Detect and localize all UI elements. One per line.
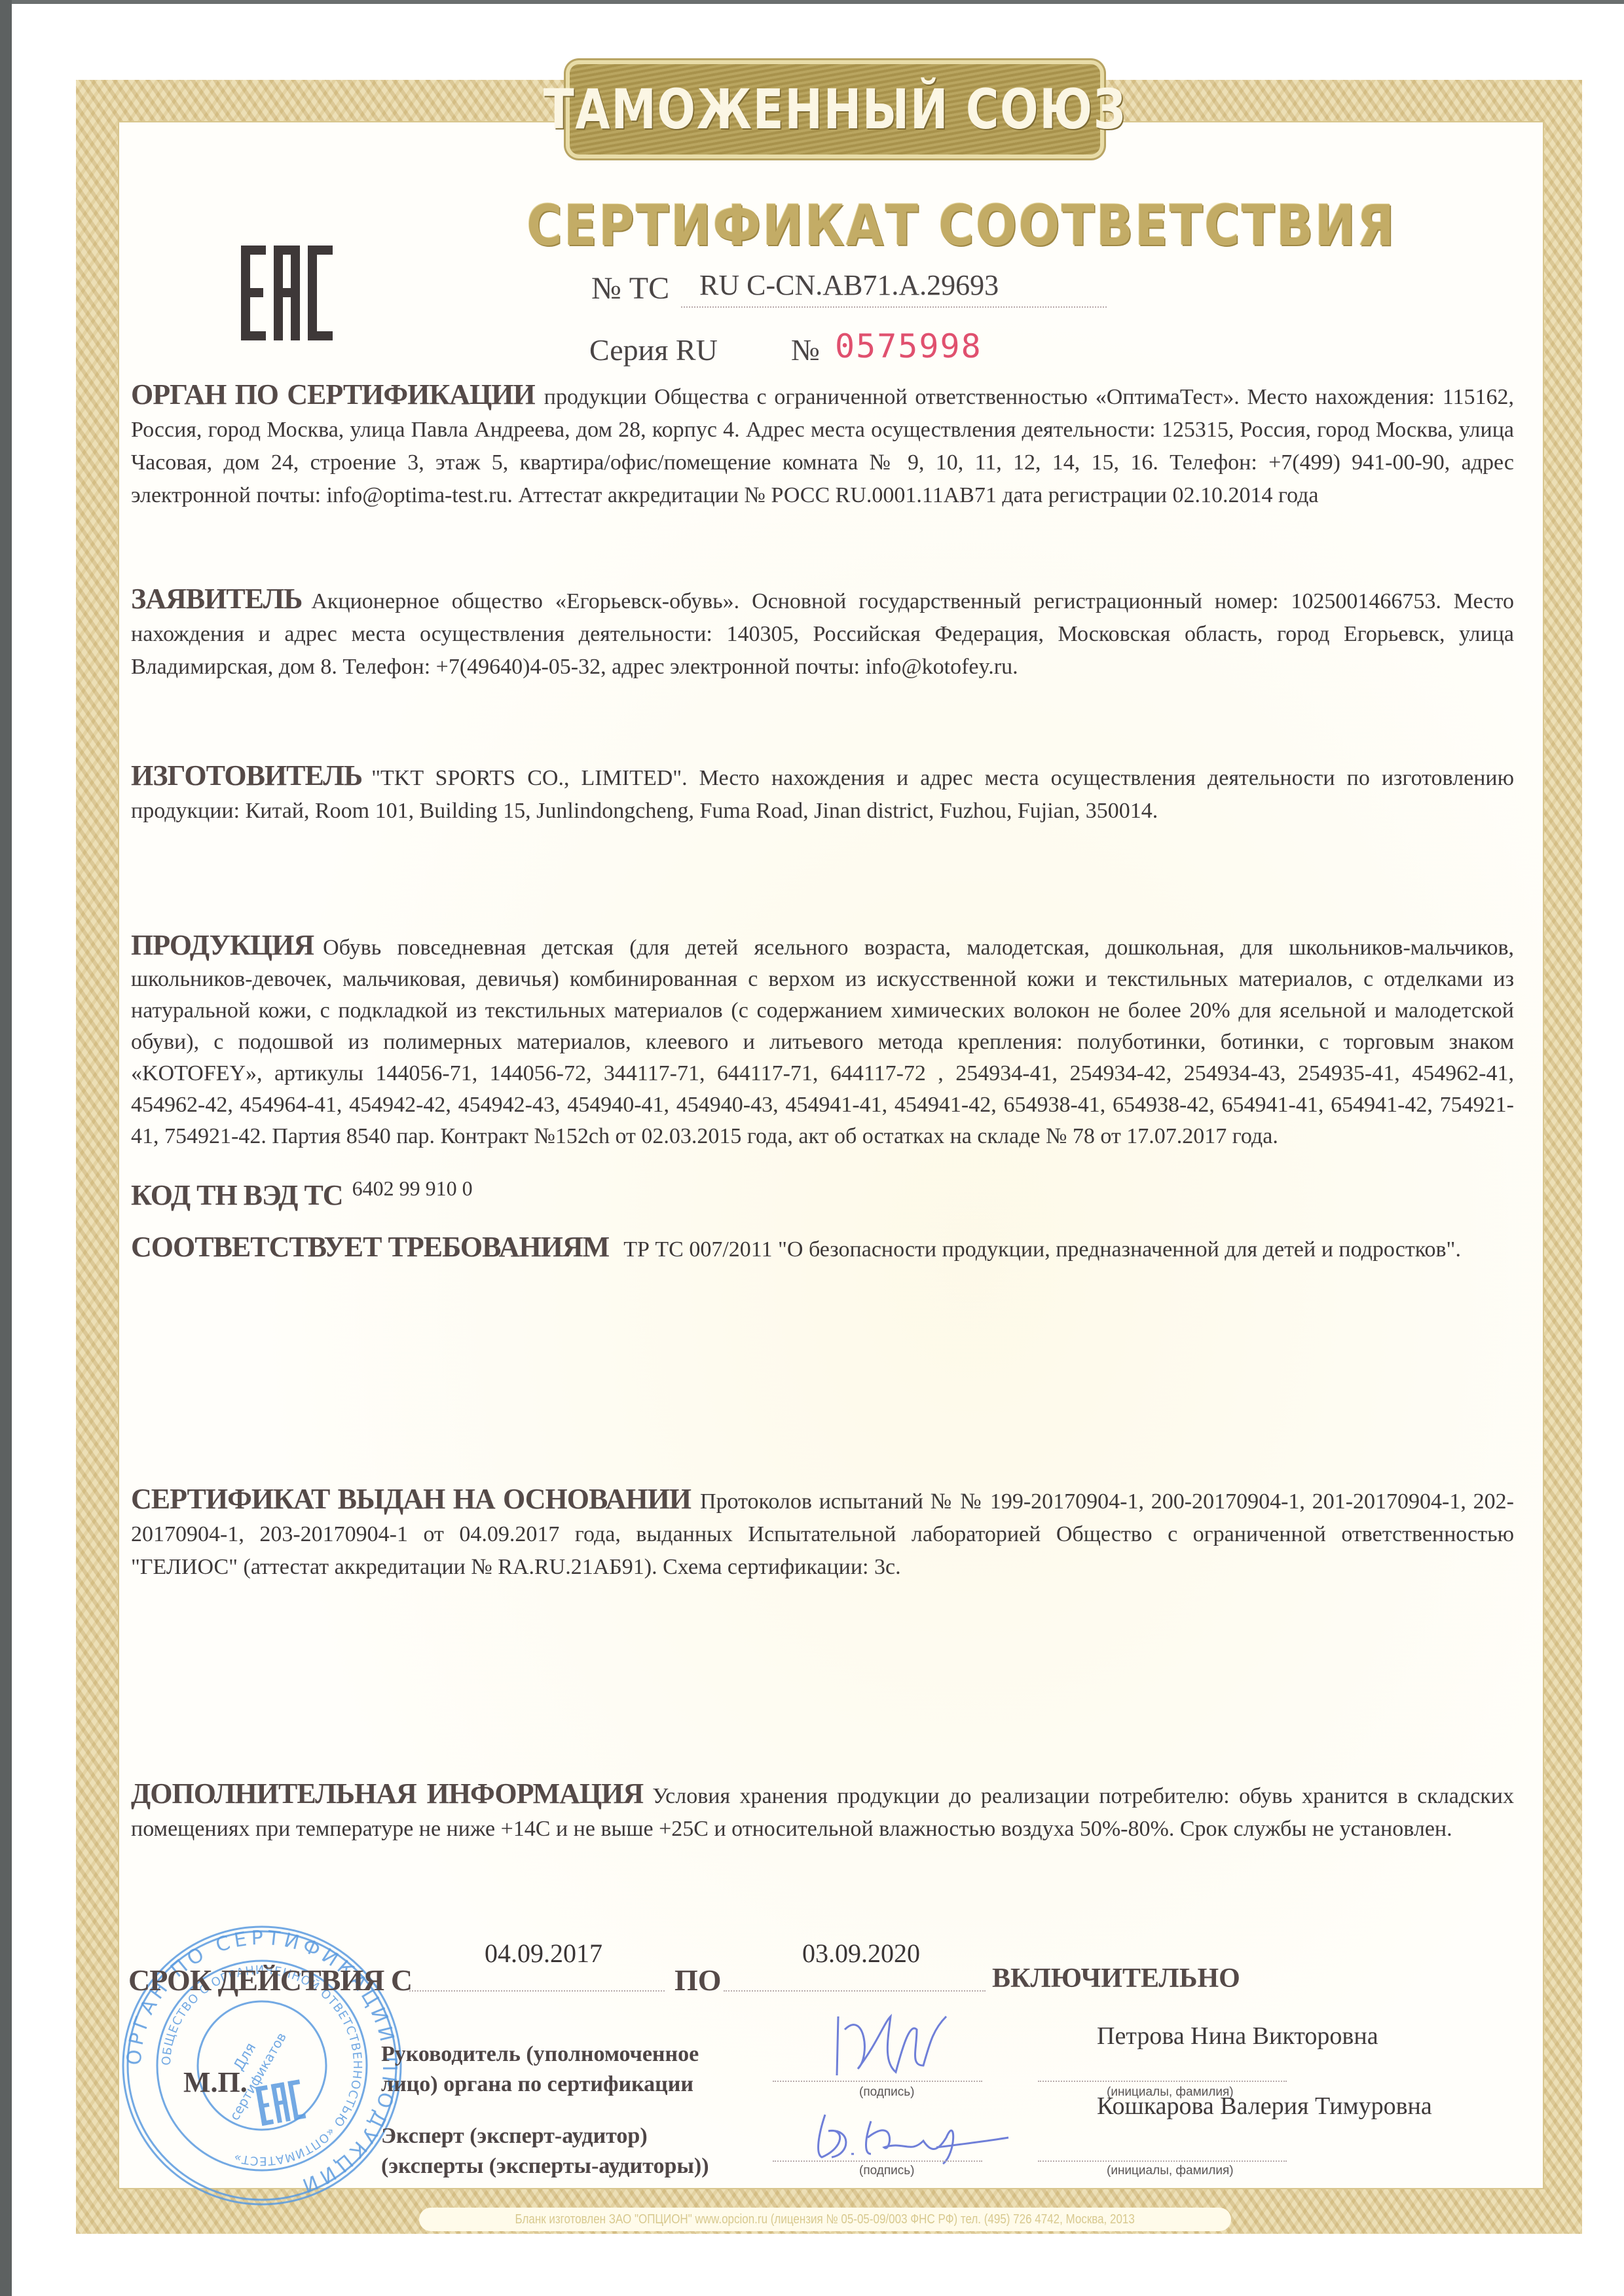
signature-caption: (подпись)	[859, 2085, 914, 2100]
head-role-label: Руководитель (уполномоченное лицо) орган…	[381, 2039, 699, 2100]
head-name: Петрова Нина Викторовна	[1097, 2022, 1378, 2050]
valid-to-date: 03.09.2020	[802, 1938, 920, 1969]
dotted-line	[724, 1990, 986, 1992]
section-heading: ДОПОЛНИТЕЛЬНАЯ ИНФОРМАЦИЯ	[131, 1777, 643, 1810]
series-label: Серия RU	[589, 333, 718, 367]
blank-number-label: №	[791, 333, 820, 367]
role-line: (эксперты (эксперты-аудиторы))	[381, 2151, 709, 2181]
blank-printer-text: Бланк изготовлен ЗАО "ОПЦИОН" www.opcion…	[515, 2212, 1135, 2227]
section-applicant: ЗАЯВИТЕЛЬАкционерное общество «Егорьевск…	[131, 583, 1514, 683]
scan-edge-left	[0, 0, 12, 2296]
dotted-line	[1038, 2081, 1287, 2082]
section-text: ТР ТС 007/2011 "О безопасности продукции…	[623, 1237, 1461, 1262]
eac-mark-icon	[241, 246, 333, 340]
valid-from-date: 04.09.2017	[485, 1938, 602, 1969]
section-manufacturer: ИЗГОТОВИТЕЛЬ"TKT SPORTS CO., LIMITED". М…	[131, 759, 1514, 828]
inclusive-label: ВКЛЮЧИТЕЛЬНО	[992, 1963, 1240, 1994]
expert-role-label: Эксперт (эксперт-аудитор) (эксперты (экс…	[381, 2121, 709, 2181]
section-requirements: СООТВЕТСТВУЕТ ТРЕБОВАНИЯМТР ТС 007/2011 …	[131, 1231, 1514, 1266]
tc-number: RU C-CN.АВ71.А.29693	[699, 268, 999, 302]
tc-number-label: № ТС	[591, 270, 669, 306]
customs-union-label: ТАМОЖЕННЫЙ СОЮЗ	[544, 77, 1127, 141]
dotted-line	[409, 1990, 665, 1992]
dotted-line	[773, 2160, 982, 2162]
section-heading: ИЗГОТОВИТЕЛЬ	[131, 759, 362, 792]
role-line: Эксперт (эксперт-аудитор)	[381, 2121, 709, 2151]
section-heading: ПРОДУКЦИЯ	[131, 929, 314, 961]
head-signature	[819, 2003, 963, 2082]
section-hs-code: КОД ТН ВЭД ТС6402 99 910 0	[131, 1172, 1514, 1214]
signature-caption: (подпись)	[859, 2164, 914, 2178]
dotted-line	[773, 2081, 982, 2082]
certificate-title: СЕРТИФИКАТ СООТВЕТСТВИЯ	[526, 193, 1124, 259]
customs-union-plate: ТАМОЖЕННЫЙ СОЮЗ	[570, 64, 1100, 155]
section-heading: СООТВЕТСТВУЕТ ТРЕБОВАНИЯМ	[131, 1231, 609, 1263]
section-heading: СЕРТИФИКАТ ВЫДАН НА ОСНОВАНИИ	[131, 1483, 691, 1515]
validity-label: СРОК ДЕЙСТВИЯ С	[128, 1963, 412, 1997]
expert-name: Кошкарова Валерия Тимуровна	[1097, 2092, 1432, 2121]
section-heading: ЗАЯВИТЕЛЬ	[131, 583, 302, 615]
section-product: ПРОДУКЦИЯОбувь повседневная детская (для…	[131, 930, 1514, 1152]
seal-place-label: М.П.	[183, 2066, 248, 2099]
name-caption: (инициалы, фамилия)	[1107, 2164, 1234, 2178]
section-text: Акционерное общество «Егорьевск-обувь». …	[131, 589, 1514, 679]
section-additional-info: ДОПОЛНИТЕЛЬНАЯ ИНФОРМАЦИЯУсловия хранени…	[131, 1777, 1514, 1846]
section-certification-body: ОРГАН ПО СЕРТИФИКАЦИИпродукции Общества …	[131, 378, 1514, 512]
tc-underline	[681, 306, 1107, 308]
expert-signature	[805, 2102, 1015, 2167]
section-heading: КОД ТН ВЭД ТС	[131, 1179, 343, 1211]
section-heading: ОРГАН ПО СЕРТИФИКАЦИИ	[131, 378, 535, 410]
valid-to-label: ПО	[674, 1963, 722, 1997]
scan-edge-top	[0, 0, 1624, 4]
section-issued-basis: СЕРТИФИКАТ ВЫДАН НА ОСНОВАНИИПротоколов …	[131, 1483, 1514, 1584]
blank-number: 0575998	[835, 327, 982, 365]
dotted-line	[1038, 2160, 1287, 2162]
role-line: лицо) органа по сертификации	[381, 2069, 699, 2100]
role-line: Руководитель (уполномоченное	[381, 2039, 699, 2069]
blank-printer-plate: Бланк изготовлен ЗАО "ОПЦИОН" www.opcion…	[419, 2208, 1231, 2231]
section-text: Обувь повседневная детская (для детей яс…	[131, 936, 1514, 1148]
hs-code-value: 6402 99 910 0	[352, 1176, 473, 1200]
